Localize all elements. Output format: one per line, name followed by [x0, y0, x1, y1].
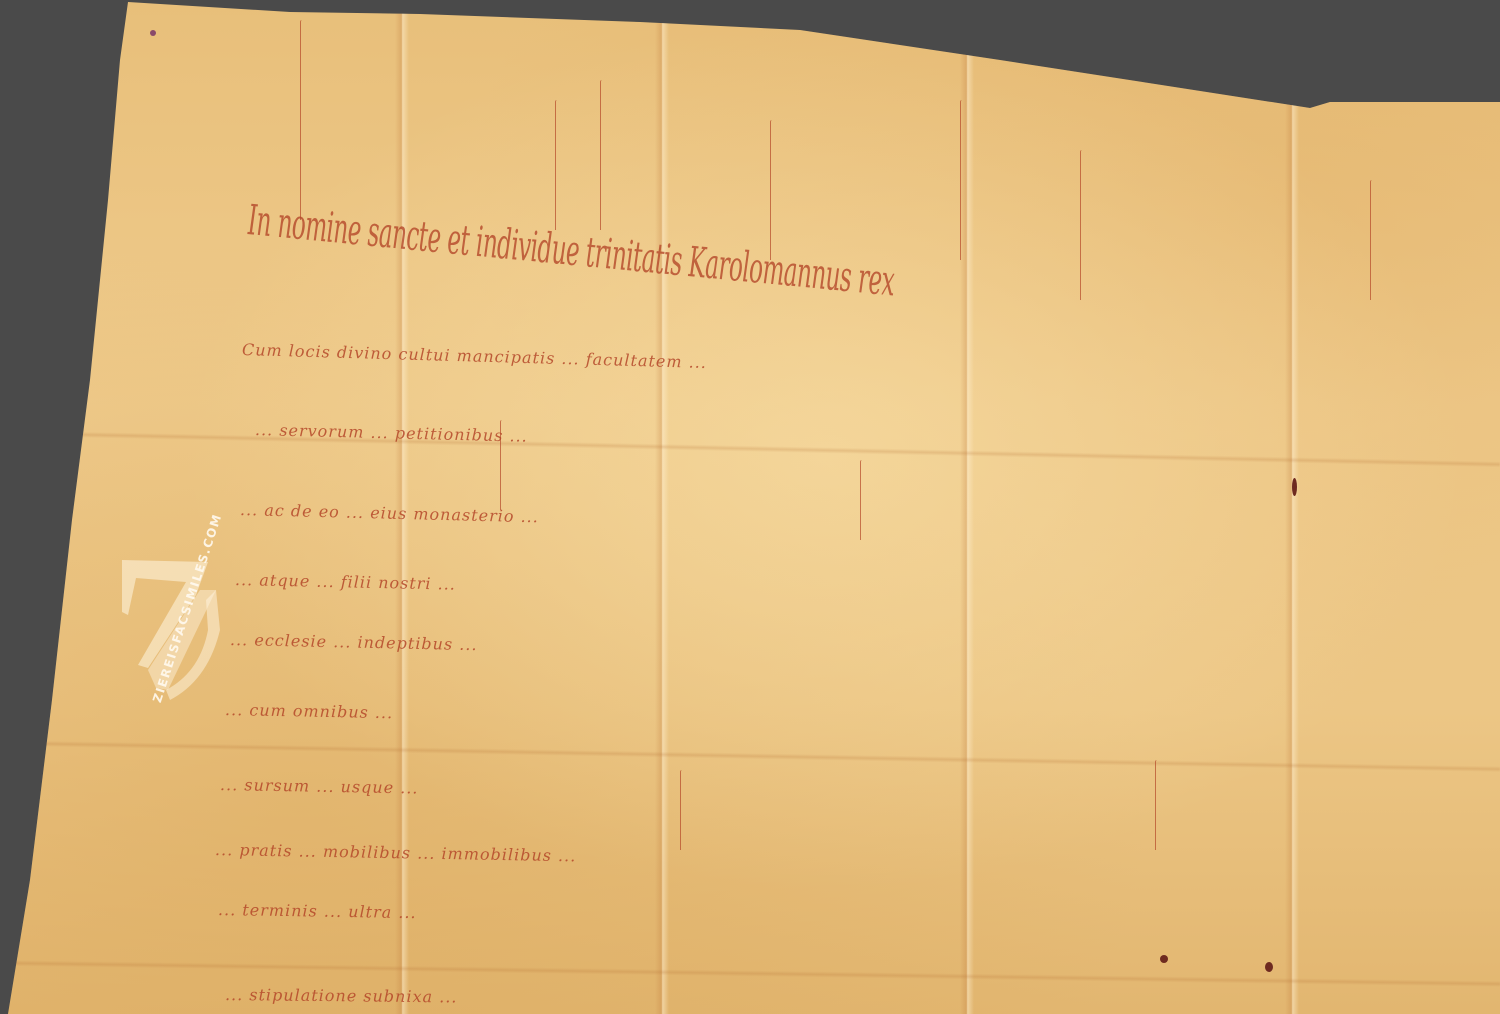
charter-text-line: ... sursum ... usque ...: [220, 775, 419, 797]
ink-stain: [1265, 962, 1273, 972]
ascender-stroke: [680, 770, 682, 850]
ascender-stroke: [300, 20, 302, 220]
ascender-stroke: [600, 80, 602, 230]
ascender-stroke: [770, 120, 772, 260]
horizontal-crease: [0, 740, 1500, 772]
charter-text-line: ... ecclesie ... indeptibus ...: [230, 630, 478, 654]
fold-crease: [1285, 0, 1299, 1014]
charter-text-line: Cum locis divino cultui mancipatis ... f…: [242, 340, 707, 372]
charter-text-line: ... pratis ... mobilibus ... immobilibus…: [215, 840, 577, 865]
ascender-stroke: [860, 460, 862, 540]
ascender-stroke: [1080, 150, 1082, 300]
charter-text-line: ... terminis ... ultra ...: [218, 900, 417, 922]
fold-crease: [655, 0, 669, 1014]
parchment-charter: In nomine sancte et individue trinitatis…: [0, 0, 1500, 1014]
fold-crease: [960, 0, 974, 1014]
ascender-stroke: [960, 100, 962, 260]
photo-stage: In nomine sancte et individue trinitatis…: [0, 0, 1500, 1014]
ascender-stroke: [555, 100, 557, 230]
charter-text-line: ... atque ... filii nostri ...: [235, 570, 456, 594]
charter-title-line: In nomine sancte et individue trinitatis…: [247, 195, 895, 305]
charter-text-line: ... cum omnibus ...: [225, 700, 394, 722]
ink-stain: [150, 30, 156, 36]
ascender-stroke: [1370, 180, 1372, 300]
horizontal-crease: [0, 960, 1500, 987]
charter-text-line: ... ac de eo ... eius monasterio ...: [240, 500, 539, 526]
ink-stain: [1160, 955, 1168, 963]
ink-stain: [1292, 478, 1297, 496]
ascender-stroke: [1155, 760, 1157, 850]
horizontal-crease: [0, 430, 1500, 467]
charter-text-line: ... stipulatione subnixa ...: [225, 985, 458, 1006]
